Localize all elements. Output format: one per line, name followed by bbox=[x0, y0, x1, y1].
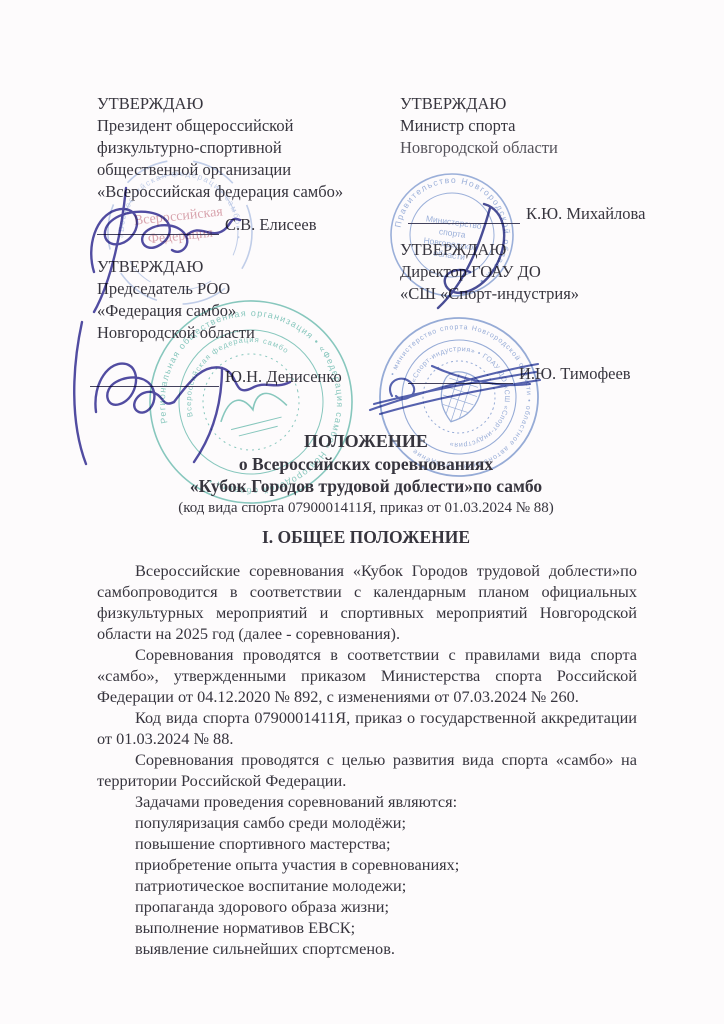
paragraph: Код вида спорта 0790001411Я, приказ о го… bbox=[97, 707, 637, 749]
document-page: «Всероссийская федерация самбо» • Всерос… bbox=[0, 0, 724, 1024]
approval-heading: УТВЕРЖДАЮ bbox=[97, 93, 343, 115]
paragraph: Соревнования проводятся с целью развития… bbox=[97, 749, 637, 791]
task-item: популяризация самбо среди молодёжи; bbox=[97, 812, 637, 833]
title-line-3: «Кубок Городов трудовой доблести»по самб… bbox=[97, 475, 635, 498]
approval-block-ministry: УТВЕРЖДАЮ Министр спорта Новгородской об… bbox=[400, 93, 558, 159]
approval-line: Министр спорта bbox=[400, 115, 558, 137]
signature-mikhailova bbox=[418, 196, 608, 316]
task-item: выявление сильнейших спортсменов. bbox=[97, 938, 637, 959]
task-item: выполнение нормативов ЕВСК; bbox=[97, 917, 637, 938]
body-text: Всероссийские соревнования «Кубок Городо… bbox=[97, 560, 637, 959]
task-item: пропаганда здорового образа жизни; bbox=[97, 896, 637, 917]
paragraph: Всероссийские соревнования «Кубок Городо… bbox=[97, 560, 637, 644]
approval-line: Президент общероссийской bbox=[97, 115, 343, 137]
approval-line: физкультурно-спортивной bbox=[97, 137, 343, 159]
approval-heading: УТВЕРЖДАЮ bbox=[400, 93, 558, 115]
approval-line: общественной организации bbox=[97, 159, 343, 181]
signature-eliseev bbox=[82, 180, 257, 315]
task-item: приобретение опыта участия в соревновани… bbox=[97, 854, 637, 875]
section-heading: I. ОБЩЕЕ ПОЛОЖЕНИЕ bbox=[97, 527, 635, 548]
signature-timofeev bbox=[362, 344, 547, 419]
paragraph: Соревнования проводятся в соответствии с… bbox=[97, 644, 637, 707]
tasks-list: популяризация самбо среди молодёжи; повы… bbox=[97, 812, 637, 959]
task-item: повышение спортивного мастерства; bbox=[97, 833, 637, 854]
title-subline: (код вида спорта 0790001411Я, приказ от … bbox=[97, 498, 635, 519]
approval-line: Новгородской области bbox=[400, 137, 558, 159]
task-item: патриотическое воспитание молодежи; bbox=[97, 875, 637, 896]
paragraph: Задачами проведения соревнований являютс… bbox=[97, 791, 637, 812]
